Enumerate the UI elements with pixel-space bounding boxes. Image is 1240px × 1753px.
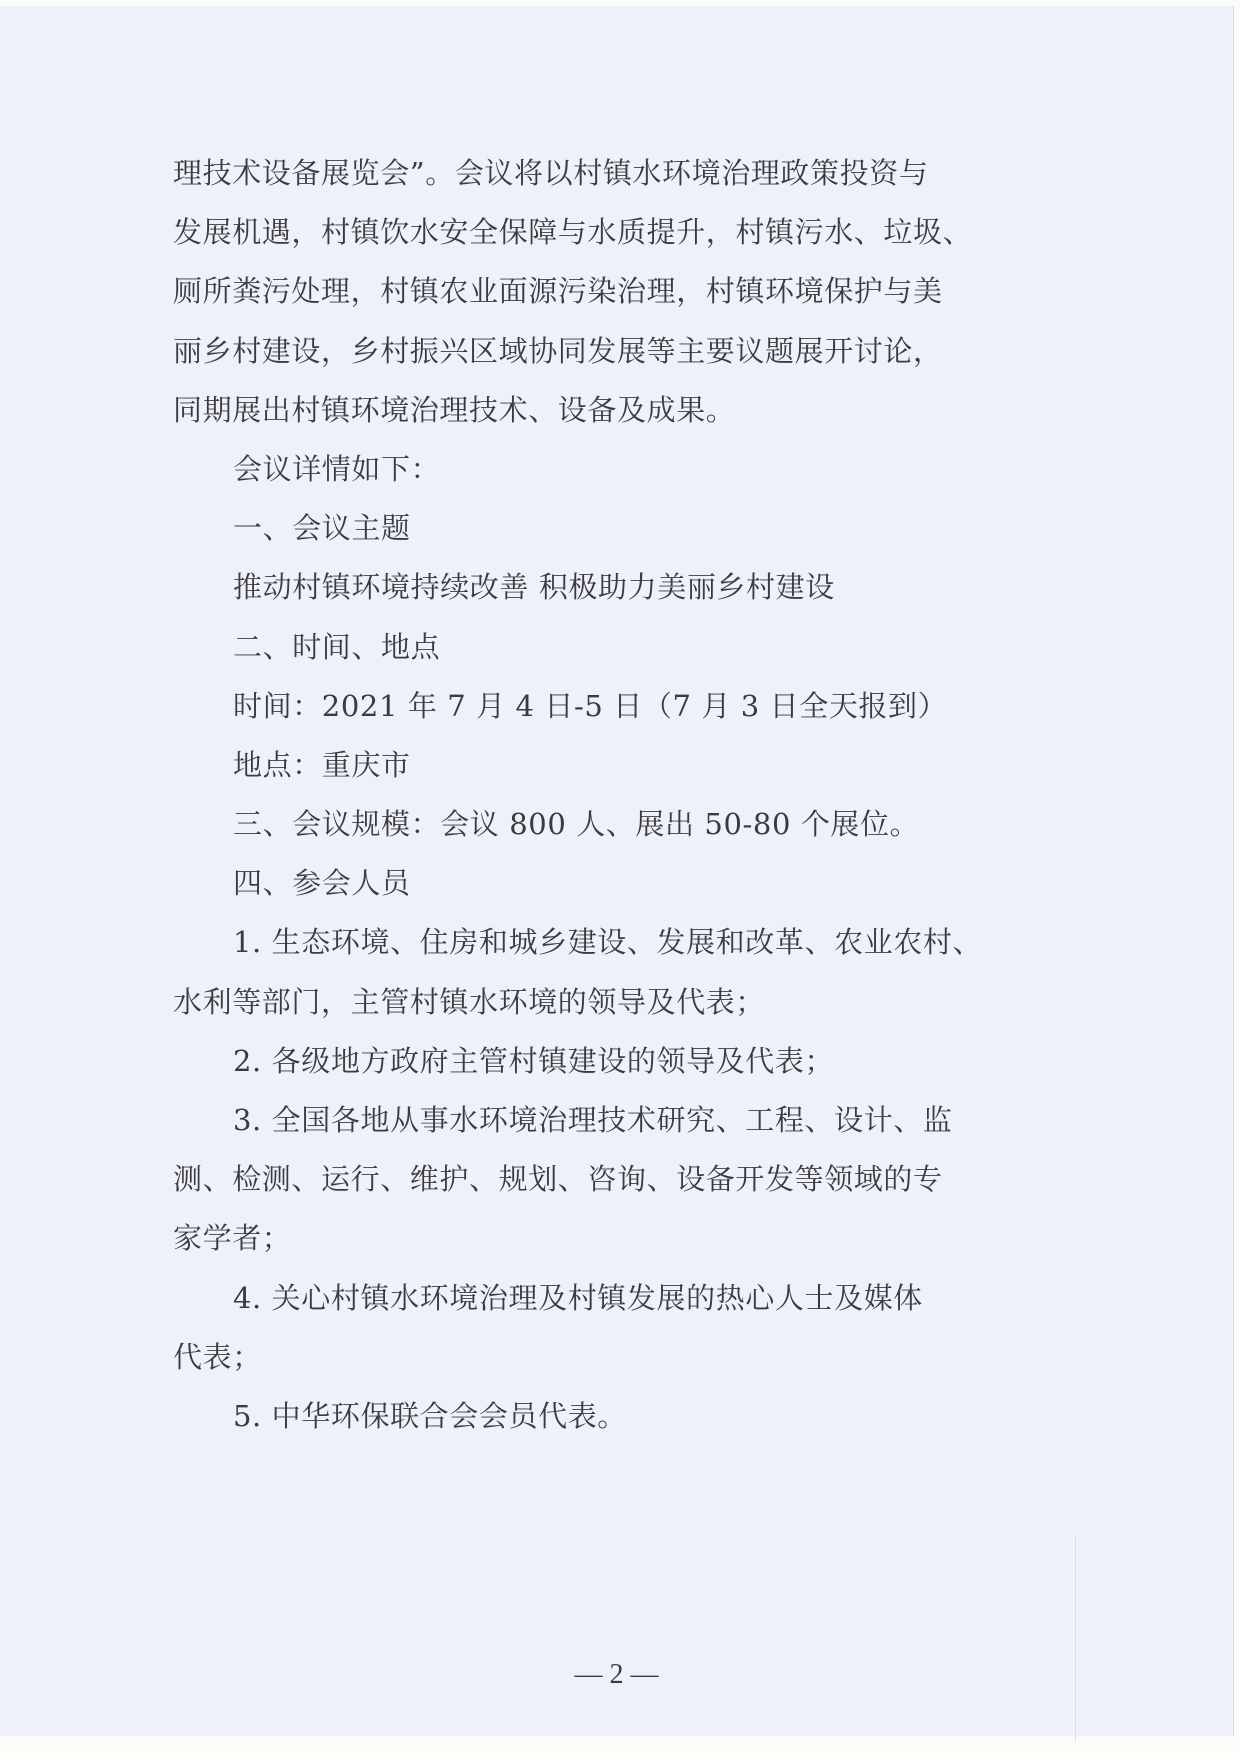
section-time-location: 二、时间、地点 时间：2021 年 7 月 4 日-5 日（7 月 3 日全天报…	[173, 618, 948, 796]
paragraph-line: 发展机遇，村镇饮水安全保障与水质提升，村镇污水、垃圾、	[173, 203, 948, 262]
document-body: 理技术设备展览会”。会议将以村镇水环境治理政策投资与 发展机遇，村镇饮水安全保障…	[173, 144, 948, 1446]
attendee-item-line: 2. 各级地方政府主管村镇建设的领导及代表；	[173, 1032, 948, 1091]
page-number: — 2 —	[0, 1659, 1233, 1691]
paragraph-line: 理技术设备展览会”。会议将以村镇水环境治理政策投资与	[173, 144, 948, 203]
section-heading: 一、会议主题	[173, 499, 948, 558]
section-heading: 四、参会人员	[173, 854, 948, 913]
intro-text: 会议详情如下：	[173, 440, 948, 499]
paragraph-line: 厕所粪污处理，村镇农业面源污染治理，村镇环境保护与美	[173, 262, 948, 321]
paragraph-line: 丽乡村建设，乡村振兴区域协同发展等主要议题展开讨论，	[173, 322, 948, 381]
time-text: 时间：2021 年 7 月 4 日-5 日（7 月 3 日全天报到）	[173, 677, 948, 736]
continuation-paragraph: 理技术设备展览会”。会议将以村镇水环境治理政策投资与 发展机遇，村镇饮水安全保障…	[173, 144, 948, 440]
section-scale: 三、会议规模：会议 800 人、展出 50-80 个展位。	[173, 795, 948, 854]
attendee-item-line: 1. 生态环境、住房和城乡建设、发展和改革、农业农村、	[173, 913, 948, 972]
attendee-item: 2. 各级地方政府主管村镇建设的领导及代表；	[173, 1032, 948, 1091]
attendee-item: 5. 中华环保联合会会员代表。	[173, 1387, 948, 1446]
attendee-item-line: 代表；	[173, 1328, 948, 1387]
attendee-item-line: 家学者；	[173, 1209, 948, 1268]
section-heading: 二、时间、地点	[173, 618, 948, 677]
paragraph-line: 同期展出村镇环境治理技术、设备及成果。	[173, 381, 948, 440]
location-text: 地点：重庆市	[173, 736, 948, 795]
attendee-item-line: 3. 全国各地从事水环境治理技术研究、工程、设计、监	[173, 1091, 948, 1150]
attendee-item: 1. 生态环境、住房和城乡建设、发展和改革、农业农村、 水利等部门，主管村镇水环…	[173, 913, 948, 1031]
attendee-item: 3. 全国各地从事水环境治理技术研究、工程、设计、监 测、检测、运行、维护、规划…	[173, 1091, 948, 1269]
scan-artifact-line	[1075, 1536, 1076, 1741]
document-page: 理技术设备展览会”。会议将以村镇水环境治理政策投资与 发展机遇，村镇饮水安全保障…	[0, 6, 1234, 1736]
attendee-item-line: 水利等部门，主管村镇水环境的领导及代表；	[173, 973, 948, 1032]
section-attendees: 四、参会人员 1. 生态环境、住房和城乡建设、发展和改革、农业农村、 水利等部门…	[173, 854, 948, 1446]
section-theme: 一、会议主题 推动村镇环境持续改善 积极助力美丽乡村建设	[173, 499, 948, 617]
attendee-item: 4. 关心村镇水环境治理及村镇发展的热心人士及媒体 代表；	[173, 1269, 948, 1387]
attendee-item-line: 5. 中华环保联合会会员代表。	[173, 1387, 948, 1446]
attendee-item-line: 测、检测、运行、维护、规划、咨询、设备开发等领域的专	[173, 1150, 948, 1209]
theme-content: 推动村镇环境持续改善 积极助力美丽乡村建设	[173, 558, 948, 617]
attendee-item-line: 4. 关心村镇水环境治理及村镇发展的热心人士及媒体	[173, 1269, 948, 1328]
section-heading: 三、会议规模：会议 800 人、展出 50-80 个展位。	[173, 795, 948, 854]
